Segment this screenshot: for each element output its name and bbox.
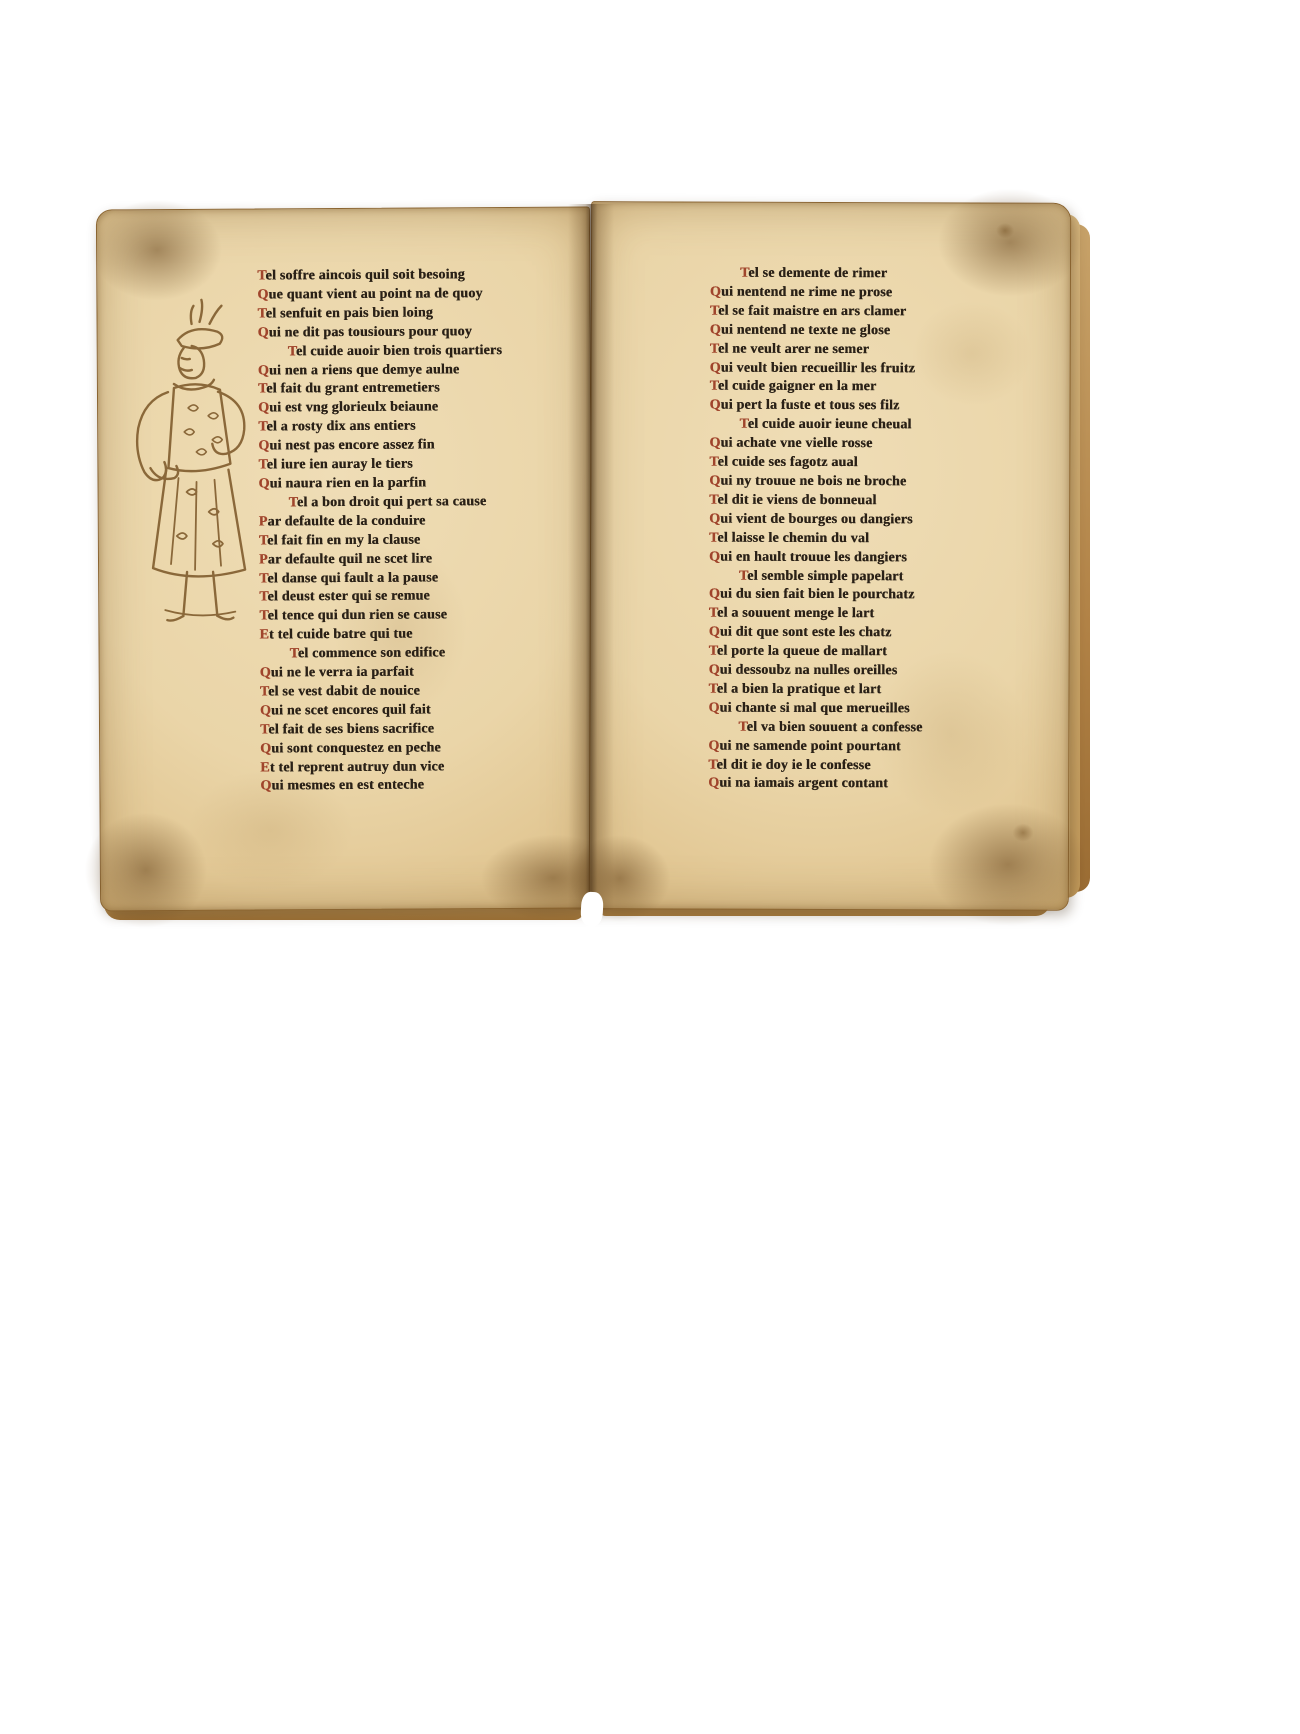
verse-line: Tel se fait maistre en ars clamer bbox=[710, 302, 924, 322]
rubricated-initial: T bbox=[257, 306, 265, 321]
verse-line: Tel commence son edifice bbox=[260, 644, 504, 664]
rubricated-initial: T bbox=[709, 530, 717, 545]
rubricated-initial: T bbox=[739, 417, 747, 432]
rubricated-initial: T bbox=[739, 568, 747, 583]
left-page: Tel soffre aincois quil soit besoingQue … bbox=[96, 206, 594, 911]
rubricated-initial: T bbox=[709, 682, 717, 697]
verse-line: Qui du sien fait bien le pourchatz bbox=[709, 586, 923, 606]
rubricated-initial: Q bbox=[710, 322, 721, 337]
hat-outline bbox=[178, 329, 223, 349]
rubricated-initial: T bbox=[259, 571, 267, 586]
rubricated-initial: Q bbox=[709, 549, 720, 564]
verse-line: Tel a bien la pratique et lart bbox=[708, 681, 922, 701]
rubricated-initial: T bbox=[289, 495, 297, 510]
rubricated-initial: Q bbox=[260, 703, 271, 718]
rubricated-initial: T bbox=[710, 341, 718, 356]
verse-line: Qui ny trouue ne bois ne broche bbox=[709, 473, 923, 493]
right-page-text: Tel se demente de rimerQui nentend ne ri… bbox=[708, 265, 924, 795]
rubricated-initial: T bbox=[288, 344, 296, 359]
rubricated-initial: Q bbox=[708, 776, 719, 791]
verse-line: Qui ne dit pas tousiours pour quoy bbox=[258, 323, 502, 343]
verse-line: Tel cuide auoir ieune cheual bbox=[709, 416, 923, 436]
verse-line: Qui sont conquestez en peche bbox=[260, 739, 504, 759]
rubricated-initial: P bbox=[259, 552, 268, 567]
verse-line: Qui mesmes en est enteche bbox=[260, 776, 504, 796]
verse-line: Qui ne le verra ia parfait bbox=[260, 663, 504, 683]
face-detail bbox=[180, 358, 192, 371]
rubricated-initial: E bbox=[260, 760, 270, 775]
verse-line: Qui achate vne vielle rosse bbox=[709, 435, 923, 455]
left-page-text: Tel soffre aincois quil soit besoingQue … bbox=[257, 266, 504, 797]
verse-line: Tel deust ester qui se remue bbox=[259, 587, 503, 607]
verse-line: Tel se demente de rimer bbox=[710, 265, 924, 285]
rubricated-initial: Q bbox=[257, 287, 268, 302]
rubricated-initial: Q bbox=[709, 436, 720, 451]
rubricated-initial: T bbox=[709, 455, 717, 470]
verse-line: Tel danse qui fault a la pause bbox=[259, 569, 503, 589]
ground-line bbox=[165, 610, 235, 616]
rubricated-initial: Q bbox=[709, 474, 720, 489]
verse-line: Qui nen a riens que demye aulne bbox=[258, 361, 502, 381]
rubricated-initial: T bbox=[259, 609, 267, 624]
rubricated-initial: Q bbox=[709, 511, 720, 526]
skirt-outline bbox=[152, 468, 245, 577]
verse-line: Qui nentend ne texte ne glose bbox=[710, 321, 924, 341]
rubricated-initial: Q bbox=[258, 476, 269, 491]
verse-line: Que quant vient au point na de quoy bbox=[257, 285, 501, 305]
plume-stroke bbox=[191, 300, 222, 324]
rubricated-initial: T bbox=[257, 268, 265, 283]
rubricated-initial: Q bbox=[258, 401, 269, 416]
verse-line: Tel a bon droit qui pert sa cause bbox=[259, 493, 503, 513]
gutter-bottom-gap bbox=[580, 891, 604, 926]
verse-line: Qui en hault trouue les dangiers bbox=[709, 548, 923, 568]
verse-line: Tel senfuit en pais bien loing bbox=[257, 304, 501, 324]
verse-line: Tel iure ien auray le tiers bbox=[258, 455, 502, 475]
verse-line: Tel laisse le chemin du val bbox=[709, 529, 923, 549]
verse-line: Et tel cuide batre qui tue bbox=[259, 625, 503, 645]
rubricated-initial: T bbox=[290, 646, 298, 661]
verse-line: Par defaulte quil ne scet lire bbox=[259, 550, 503, 570]
rubricated-initial: T bbox=[709, 644, 717, 659]
verse-line: Qui nentend ne rime ne prose bbox=[710, 283, 924, 303]
right-page: Tel se demente de rimerQui nentend ne ri… bbox=[589, 201, 1071, 911]
verse-line: Tel cuide ses fagotz aual bbox=[709, 454, 923, 474]
rubricated-initial: T bbox=[258, 458, 266, 473]
rubricated-initial: Q bbox=[260, 665, 271, 680]
verse-line: Et tel reprent autruy dun vice bbox=[260, 758, 504, 778]
rubricated-initial: Q bbox=[260, 779, 271, 794]
torso-outline bbox=[168, 384, 231, 471]
verse-line: Qui dessoubz na nulles oreilles bbox=[709, 662, 923, 682]
rubricated-initial: T bbox=[258, 382, 266, 397]
verse-line: Qui ne scet encores quil fait bbox=[260, 701, 504, 721]
verse-line: Qui na iamais argent contant bbox=[708, 775, 922, 795]
feet bbox=[167, 616, 233, 621]
verse-line: Tel fait du grant entremetiers bbox=[258, 379, 502, 399]
pattern-squiggle bbox=[184, 405, 222, 455]
verse-line: Qui chante si mal que merueilles bbox=[708, 699, 922, 719]
rubricated-initial: Q bbox=[709, 663, 720, 678]
rubricated-initial: T bbox=[740, 266, 748, 281]
verse-line: Tel dit ie doy ie le confesse bbox=[708, 756, 922, 776]
rubricated-initial: T bbox=[708, 757, 716, 772]
verse-line: Tel fait de ses biens sacrifice bbox=[260, 720, 504, 740]
rubricated-initial: T bbox=[259, 533, 267, 548]
rubricated-initial: Q bbox=[708, 700, 719, 715]
verse-line: Tel cuide gaigner en la mer bbox=[710, 378, 924, 398]
verse-line: Qui ne samende point pourtant bbox=[708, 737, 922, 757]
rubricated-initial: Q bbox=[258, 439, 269, 454]
verse-line: Qui vient de bourges ou dangiers bbox=[709, 510, 923, 530]
verse-line: Tel cuide auoir bien trois quartiers bbox=[258, 342, 502, 362]
rubricated-initial: T bbox=[738, 719, 746, 734]
rubricated-initial: E bbox=[259, 628, 269, 643]
rubricated-initial: T bbox=[710, 303, 718, 318]
verse-line: Par defaulte de la conduire bbox=[259, 512, 503, 532]
rubricated-initial: Q bbox=[709, 398, 720, 413]
rubricated-initial: Q bbox=[710, 360, 721, 375]
verse-line: Tel soffre aincois quil soit besoing bbox=[257, 266, 501, 286]
margin-figure-drawing bbox=[115, 291, 277, 632]
rubricated-initial: T bbox=[709, 606, 717, 621]
verse-line: Tel tence qui dun rien se cause bbox=[259, 606, 503, 626]
ink-smudge bbox=[992, 220, 1018, 242]
verse-line: Tel ne veult arer ne semer bbox=[710, 340, 924, 360]
verse-line: Qui nest pas encore assez fin bbox=[258, 436, 502, 456]
rubricated-initial: Q bbox=[708, 738, 719, 753]
verse-line: Tel va bien souuent a confesse bbox=[708, 718, 922, 738]
rubricated-initial: Q bbox=[258, 363, 269, 378]
verse-line: Qui veult bien recueillir les fruitz bbox=[710, 359, 924, 379]
skirt-pleats bbox=[171, 478, 224, 570]
verse-line: Qui pert la fuste et tous ses filz bbox=[709, 397, 923, 417]
rubricated-initial: T bbox=[258, 420, 266, 435]
rubricated-initial: T bbox=[710, 379, 718, 394]
rubricated-initial: Q bbox=[709, 625, 720, 640]
rubricated-initial: T bbox=[709, 492, 717, 507]
corner-shading bbox=[60, 790, 231, 951]
ink-smudge bbox=[1008, 820, 1038, 846]
rubricated-initial: Q bbox=[258, 325, 269, 340]
rubricated-initial: Q bbox=[260, 741, 271, 756]
rubricated-initial: T bbox=[259, 590, 267, 605]
verse-line: Tel se vest dabit de nouice bbox=[260, 682, 504, 702]
open-book: Tel soffre aincois quil soit besoingQue … bbox=[98, 198, 1090, 922]
verse-line: Tel a souuent menge le lart bbox=[709, 605, 923, 625]
rubricated-initial: P bbox=[259, 514, 268, 529]
verse-line: Tel dit ie viens de bonneual bbox=[709, 491, 923, 511]
left-sleeve bbox=[137, 392, 169, 480]
verse-line: Tel fait fin en my la clause bbox=[259, 531, 503, 551]
rubricated-initial: T bbox=[260, 722, 268, 737]
rubricated-initial: Q bbox=[710, 284, 721, 299]
verse-line: Qui naura rien en la parfin bbox=[258, 474, 502, 494]
verse-line: Tel a rosty dix ans entiers bbox=[258, 417, 502, 437]
head-outline bbox=[178, 346, 204, 378]
legs bbox=[183, 572, 217, 616]
verse-line: Tel semble simple papelart bbox=[709, 567, 923, 587]
verse-line: Qui dit que sont este les chatz bbox=[709, 624, 923, 644]
verse-line: Qui est vng glorieulx beiaune bbox=[258, 398, 502, 418]
rubricated-initial: T bbox=[260, 684, 268, 699]
rubricated-initial: Q bbox=[709, 587, 720, 602]
verse-line: Tel porte la queue de mallart bbox=[709, 643, 923, 663]
